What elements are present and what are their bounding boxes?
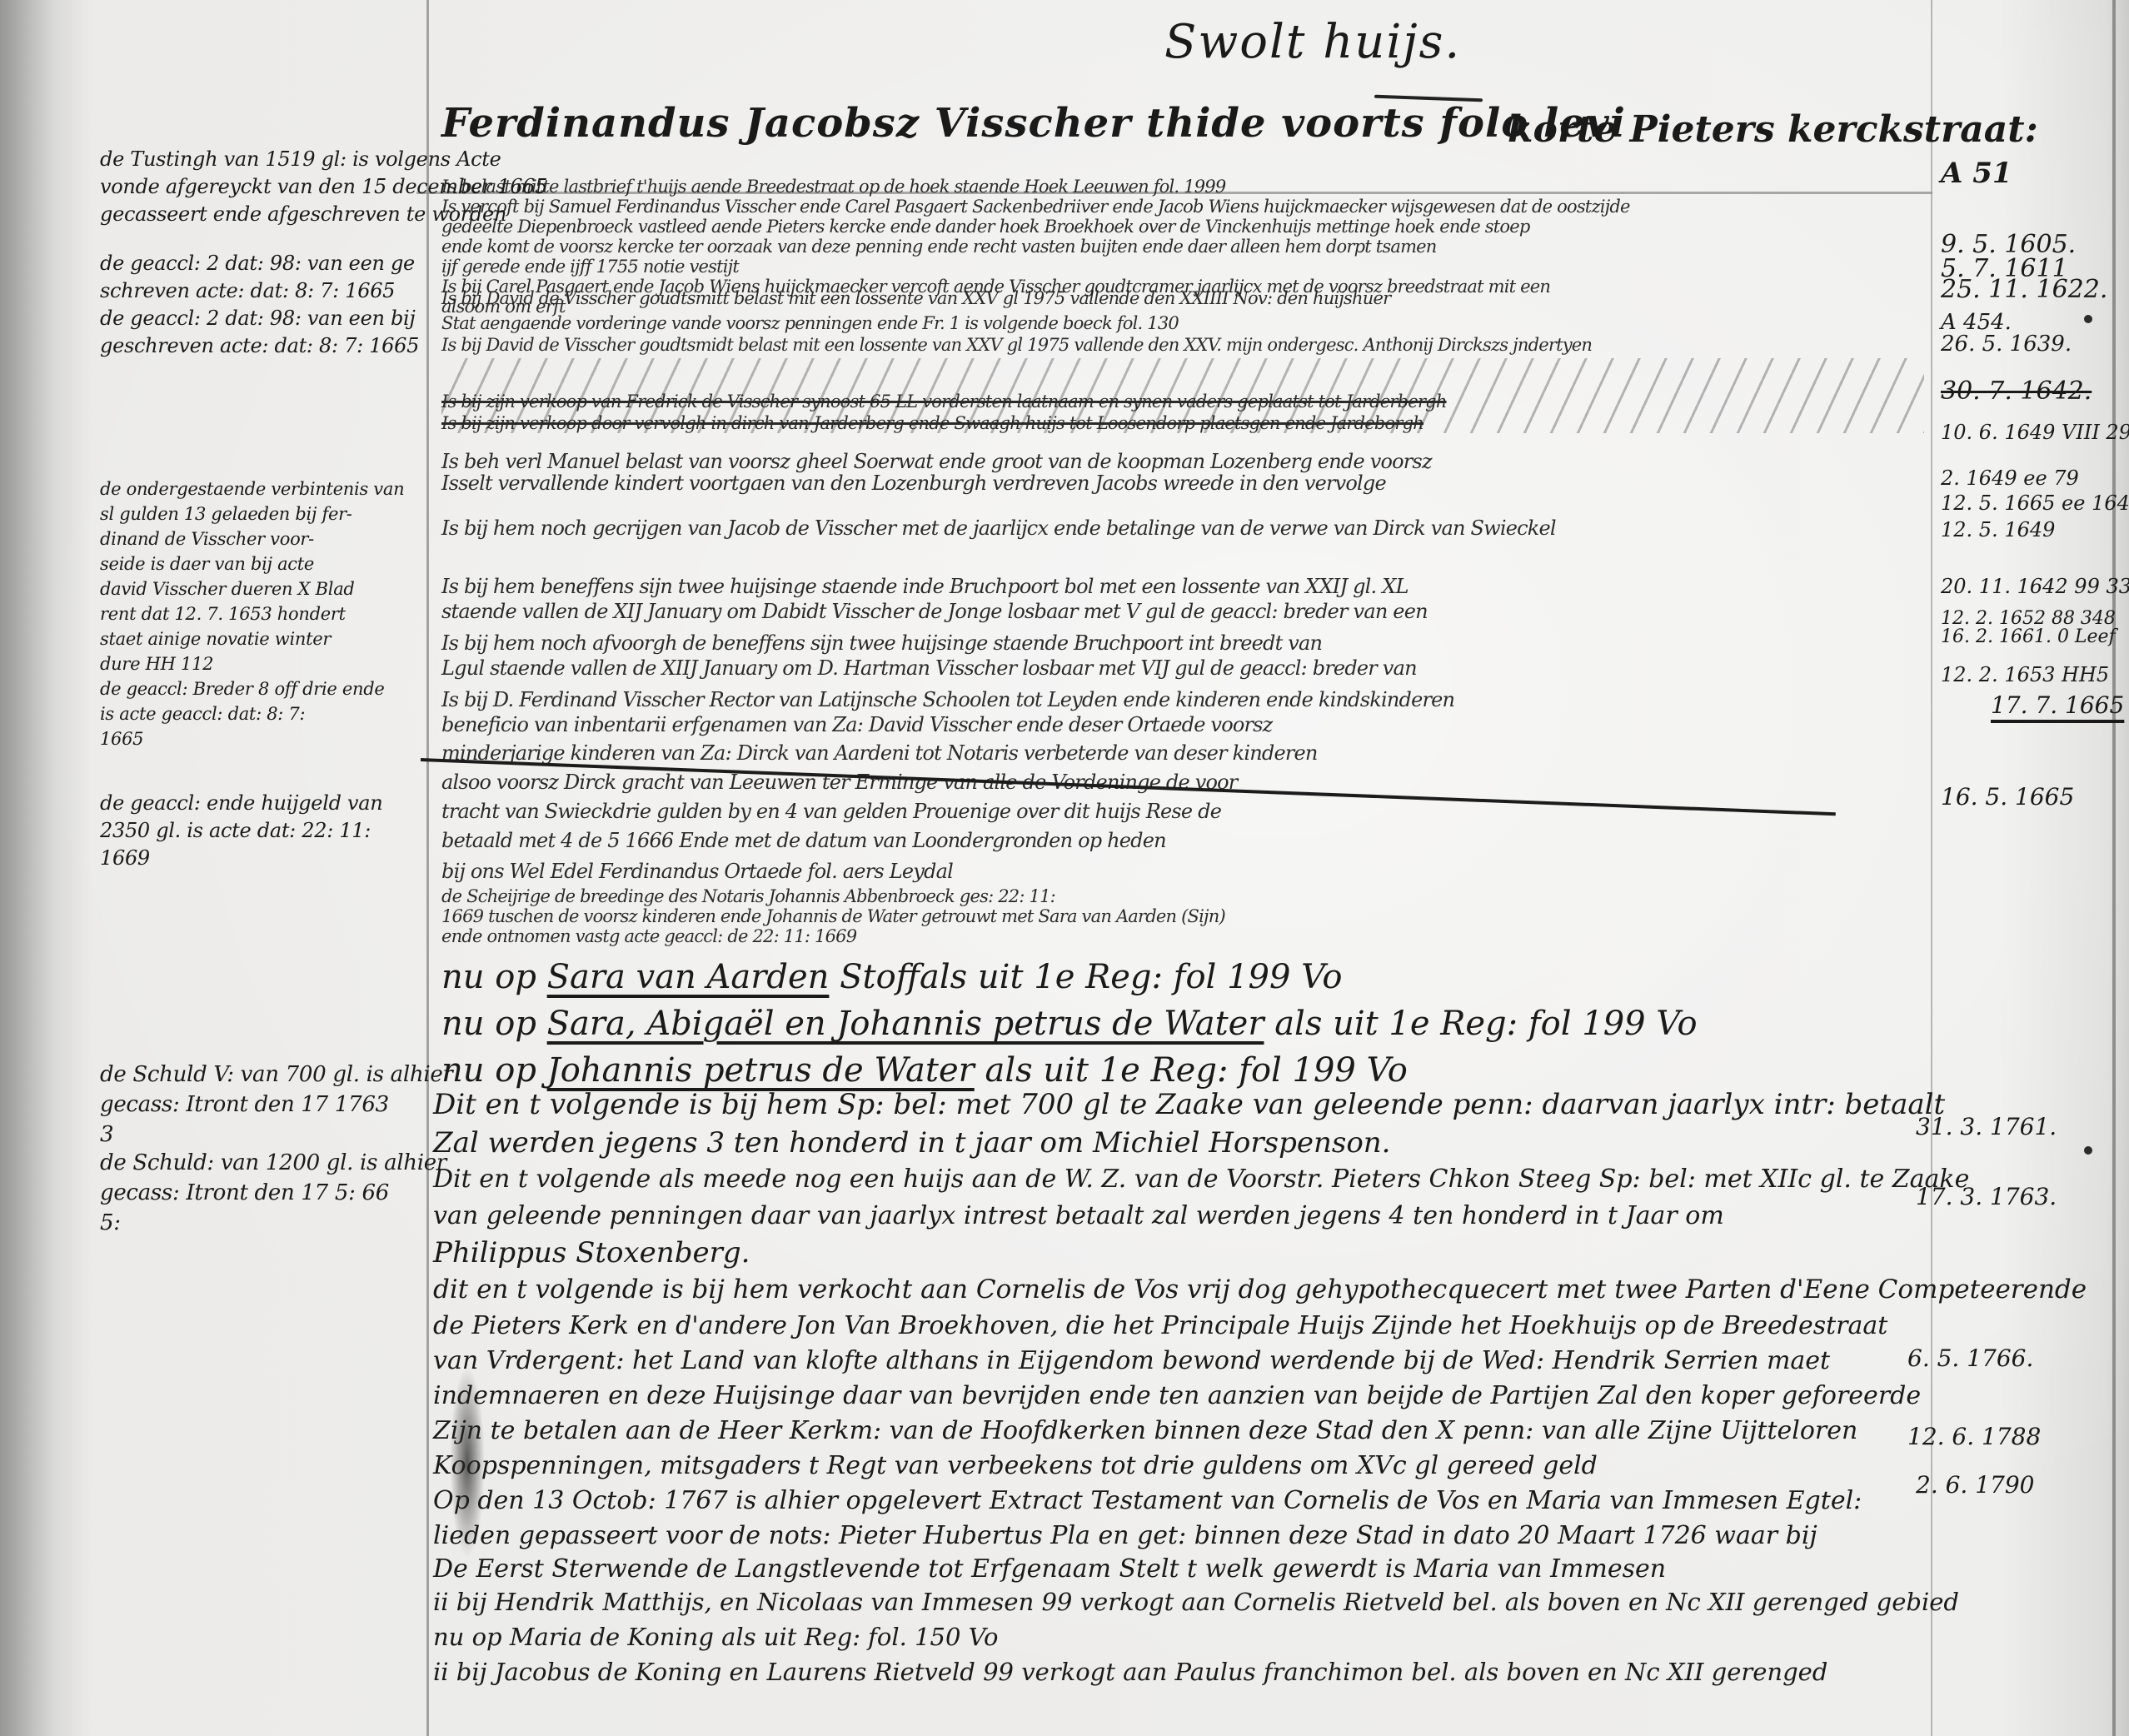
owner-name: Johannis petrus de Water — [547, 1051, 975, 1090]
entry-line: minderjarige kinderen van Za: Dirck van … — [441, 741, 1318, 765]
entry-line: ii bij Jacobus de Koning en Laurens Riet… — [433, 1658, 1827, 1686]
transfer-reference: als uit 1e Reg: fol 199 Vo — [1274, 1005, 1697, 1043]
entry-line: Is bij David de Visscher goudtsmidt bela… — [441, 335, 1592, 355]
transfer-prefix: nu op — [441, 1051, 536, 1090]
entry-line: Is bij hem noch gecrijgen van Jacob de V… — [441, 516, 1556, 540]
entry-line: Isselt vervallende kindert voortgaen van… — [441, 471, 1386, 495]
entry-line: Dit en t volgende als meede nog een huij… — [433, 1165, 1969, 1194]
entry-line: staende vallen de XIJ January om Dabidt … — [441, 600, 1428, 623]
margin-note: de ondergestaende verbintenis van sl gul… — [100, 476, 404, 751]
entry-line: Stat aengaende vorderinge vande voorsz p… — [441, 313, 1179, 333]
entry-line: 1669 tuschen de voorsz kinderen ende Joh… — [441, 906, 1225, 926]
transfer-prefix: nu op — [441, 958, 536, 996]
street-heading: korte Pieters kerckstraat: — [1508, 108, 2038, 151]
margin-date: 12. 5. 1649 — [1941, 518, 2055, 541]
entry-line: de Scheijrige de breedinge des Notaris J… — [441, 886, 1055, 906]
margin-note: de geaccl: 2 dat: 98: van een bij geschr… — [100, 305, 419, 360]
entry-line: Is vercoft bij Samuel Ferdinandus Vissch… — [441, 197, 1630, 217]
margin-note: de Schuld: van 1200 gl. is alhier gecass… — [100, 1148, 446, 1238]
entry-line: dit en t volgende is bij hem verkocht aa… — [433, 1275, 2087, 1304]
entry-line: Lgul staende vallen de XIIJ January om D… — [441, 656, 1417, 680]
book-spine-shadow — [0, 0, 92, 1736]
margin-date: 12. 2. 1653 HH5 — [1941, 663, 2109, 686]
entry-line: Is belast mitte lastbrief t'huijs aende … — [441, 177, 1225, 197]
entry-line: Dit en t volgende is bij hem Sp: bel: me… — [433, 1088, 1945, 1121]
entry-line: bij ons Wel Edel Ferdinandus Ortaede fol… — [441, 860, 953, 883]
page-edge — [2112, 0, 2116, 1736]
left-margin-rule — [426, 0, 429, 1736]
margin-date: 16. 5. 1665 — [1941, 783, 2074, 811]
margin-date: 16. 2. 1661. 0 Leef — [1941, 626, 2116, 647]
margin-date: 26. 5. 1639. — [1941, 332, 2072, 357]
owner-heading: Ferdinandus Jacobsz Visscher thide voort… — [441, 100, 1626, 147]
transfer-line: nu op Johannis petrus de Water als uit 1… — [441, 1051, 1408, 1090]
entry-line: ende komt de voorsz kercke ter oorzaak v… — [441, 237, 1437, 257]
ink-dot — [2084, 315, 2092, 323]
entry-line: Philippus Stoxenberg. — [433, 1236, 750, 1270]
entry-line: De Eerst Sterwende de Langstlevende tot … — [433, 1554, 1666, 1584]
entry-line: Zijn te betalen aan de Heer Kerkm: van d… — [433, 1416, 1857, 1445]
page-title: Swolt huijs. — [1164, 15, 1461, 69]
struck-entry-line: Is bij zijn verkoop door vervolgh in dir… — [441, 413, 1423, 433]
transfer-reference: als uit 1e Reg: fol 199 Vo — [985, 1051, 1407, 1090]
entry-line: ende ontnomen vastg acte geaccl: de 22: … — [441, 926, 856, 946]
entry-line: Is bij D. Ferdinand Visscher Rector van … — [441, 688, 1454, 711]
entry-line: ii bij Hendrik Matthijs, en Nicolaas van… — [433, 1588, 1959, 1616]
owner-name: Sara van Aarden — [547, 958, 830, 996]
entry-line: Is bij David de Visscher goudtsmitt bela… — [441, 288, 1390, 308]
margin-note: de geaccl: ende huijgeld van 2350 gl. is… — [100, 790, 382, 872]
owner-name: Sara, Abigaël en Johannis petrus de Wate… — [547, 1005, 1264, 1043]
entry-line: Op den 13 Octob: 1767 is alhier opgeleve… — [433, 1486, 1862, 1515]
ink-stain — [450, 1366, 485, 1558]
margin-date: 6. 5. 1766. — [1907, 1344, 2033, 1372]
transfer-line: nu op Sara van Aarden Stoffals uit 1e Re… — [441, 958, 1342, 996]
margin-date: 31. 3. 1761. — [1916, 1113, 2057, 1140]
margin-date: 17. 7. 1665 — [1991, 691, 2124, 719]
margin-date: 25. 11. 1622. — [1941, 275, 2107, 304]
entry-line: Is beh verl Manuel belast van voorsz ghe… — [441, 450, 1432, 473]
struck-entry-line: Is bij zijn verkoop van Fredrick de Viss… — [441, 392, 1447, 412]
margin-note: de Schuld V: van 700 gl. is alhier gecas… — [100, 1060, 453, 1150]
entry-line: Is bij hem beneffens sijn twee huijsinge… — [441, 575, 1409, 598]
reference-code: A 51 — [1941, 157, 2012, 190]
entry-line: Is bij hem noch afvoorgh de beneffens si… — [441, 631, 1322, 655]
margin-date: 2. 1649 ee 79 — [1941, 466, 2079, 490]
margin-date: 10. 6. 1649 VIII 293 — [1941, 421, 2129, 444]
margin-date: 20. 11. 1642 99 339 — [1941, 575, 2129, 598]
margin-date: 2. 6. 1790 — [1916, 1471, 2035, 1499]
transfer-reference: Stoffals uit 1e Reg: fol 199 Vo — [840, 958, 1342, 996]
entry-line: Zal werden jegens 3 ten honderd in t jaa… — [433, 1126, 1391, 1160]
ink-dot — [2084, 1146, 2092, 1155]
entry-line: van geleende penningen daar van jaarlyx … — [433, 1201, 1724, 1230]
transfer-prefix: nu op — [441, 1005, 536, 1043]
entry-line: tracht van Swieckdrie gulden by en 4 van… — [441, 800, 1221, 823]
entry-line: de Pieters Kerk en d'andere Jon Van Broe… — [433, 1311, 1887, 1340]
transfer-line: nu op Sara, Abigaël en Johannis petrus d… — [441, 1005, 1698, 1043]
entry-line: lieden gepasseert voor de nots: Pieter H… — [433, 1521, 1817, 1550]
margin-date: 30. 7. 1642. — [1941, 377, 2092, 406]
register-page: Swolt huijs. Ferdinandus Jacobsz Vissche… — [0, 0, 2129, 1736]
margin-note: de geaccl: 2 dat: 98: van een ge schreve… — [100, 250, 415, 305]
entry-line: indemnaeren en deze Huijsinge daar van b… — [433, 1381, 1921, 1410]
margin-date: 12. 5. 1665 ee 1648 — [1941, 491, 2129, 515]
entry-line: betaald met 4 de 5 1666 Ende met de datu… — [441, 829, 1166, 852]
entry-line: ijf gerede ende ijff 1755 notie vestijt — [441, 257, 739, 277]
margin-date: 17. 3. 1763. — [1916, 1183, 2057, 1210]
entry-line: gedeelte Diepenbroeck vastleed aende Pie… — [441, 217, 1530, 237]
entry-line: nu op Maria de Koning als uit Reg: fol. … — [433, 1623, 998, 1651]
entry-line: van Vrdergent: het Land van klofte altha… — [433, 1346, 1830, 1375]
margin-date: 12. 6. 1788 — [1907, 1423, 2041, 1450]
entry-line: Koopspenningen, mitsgaders t Regt van ve… — [433, 1451, 1598, 1480]
entry-line: beneficio van inbentarii erfgenamen van … — [441, 713, 1273, 736]
